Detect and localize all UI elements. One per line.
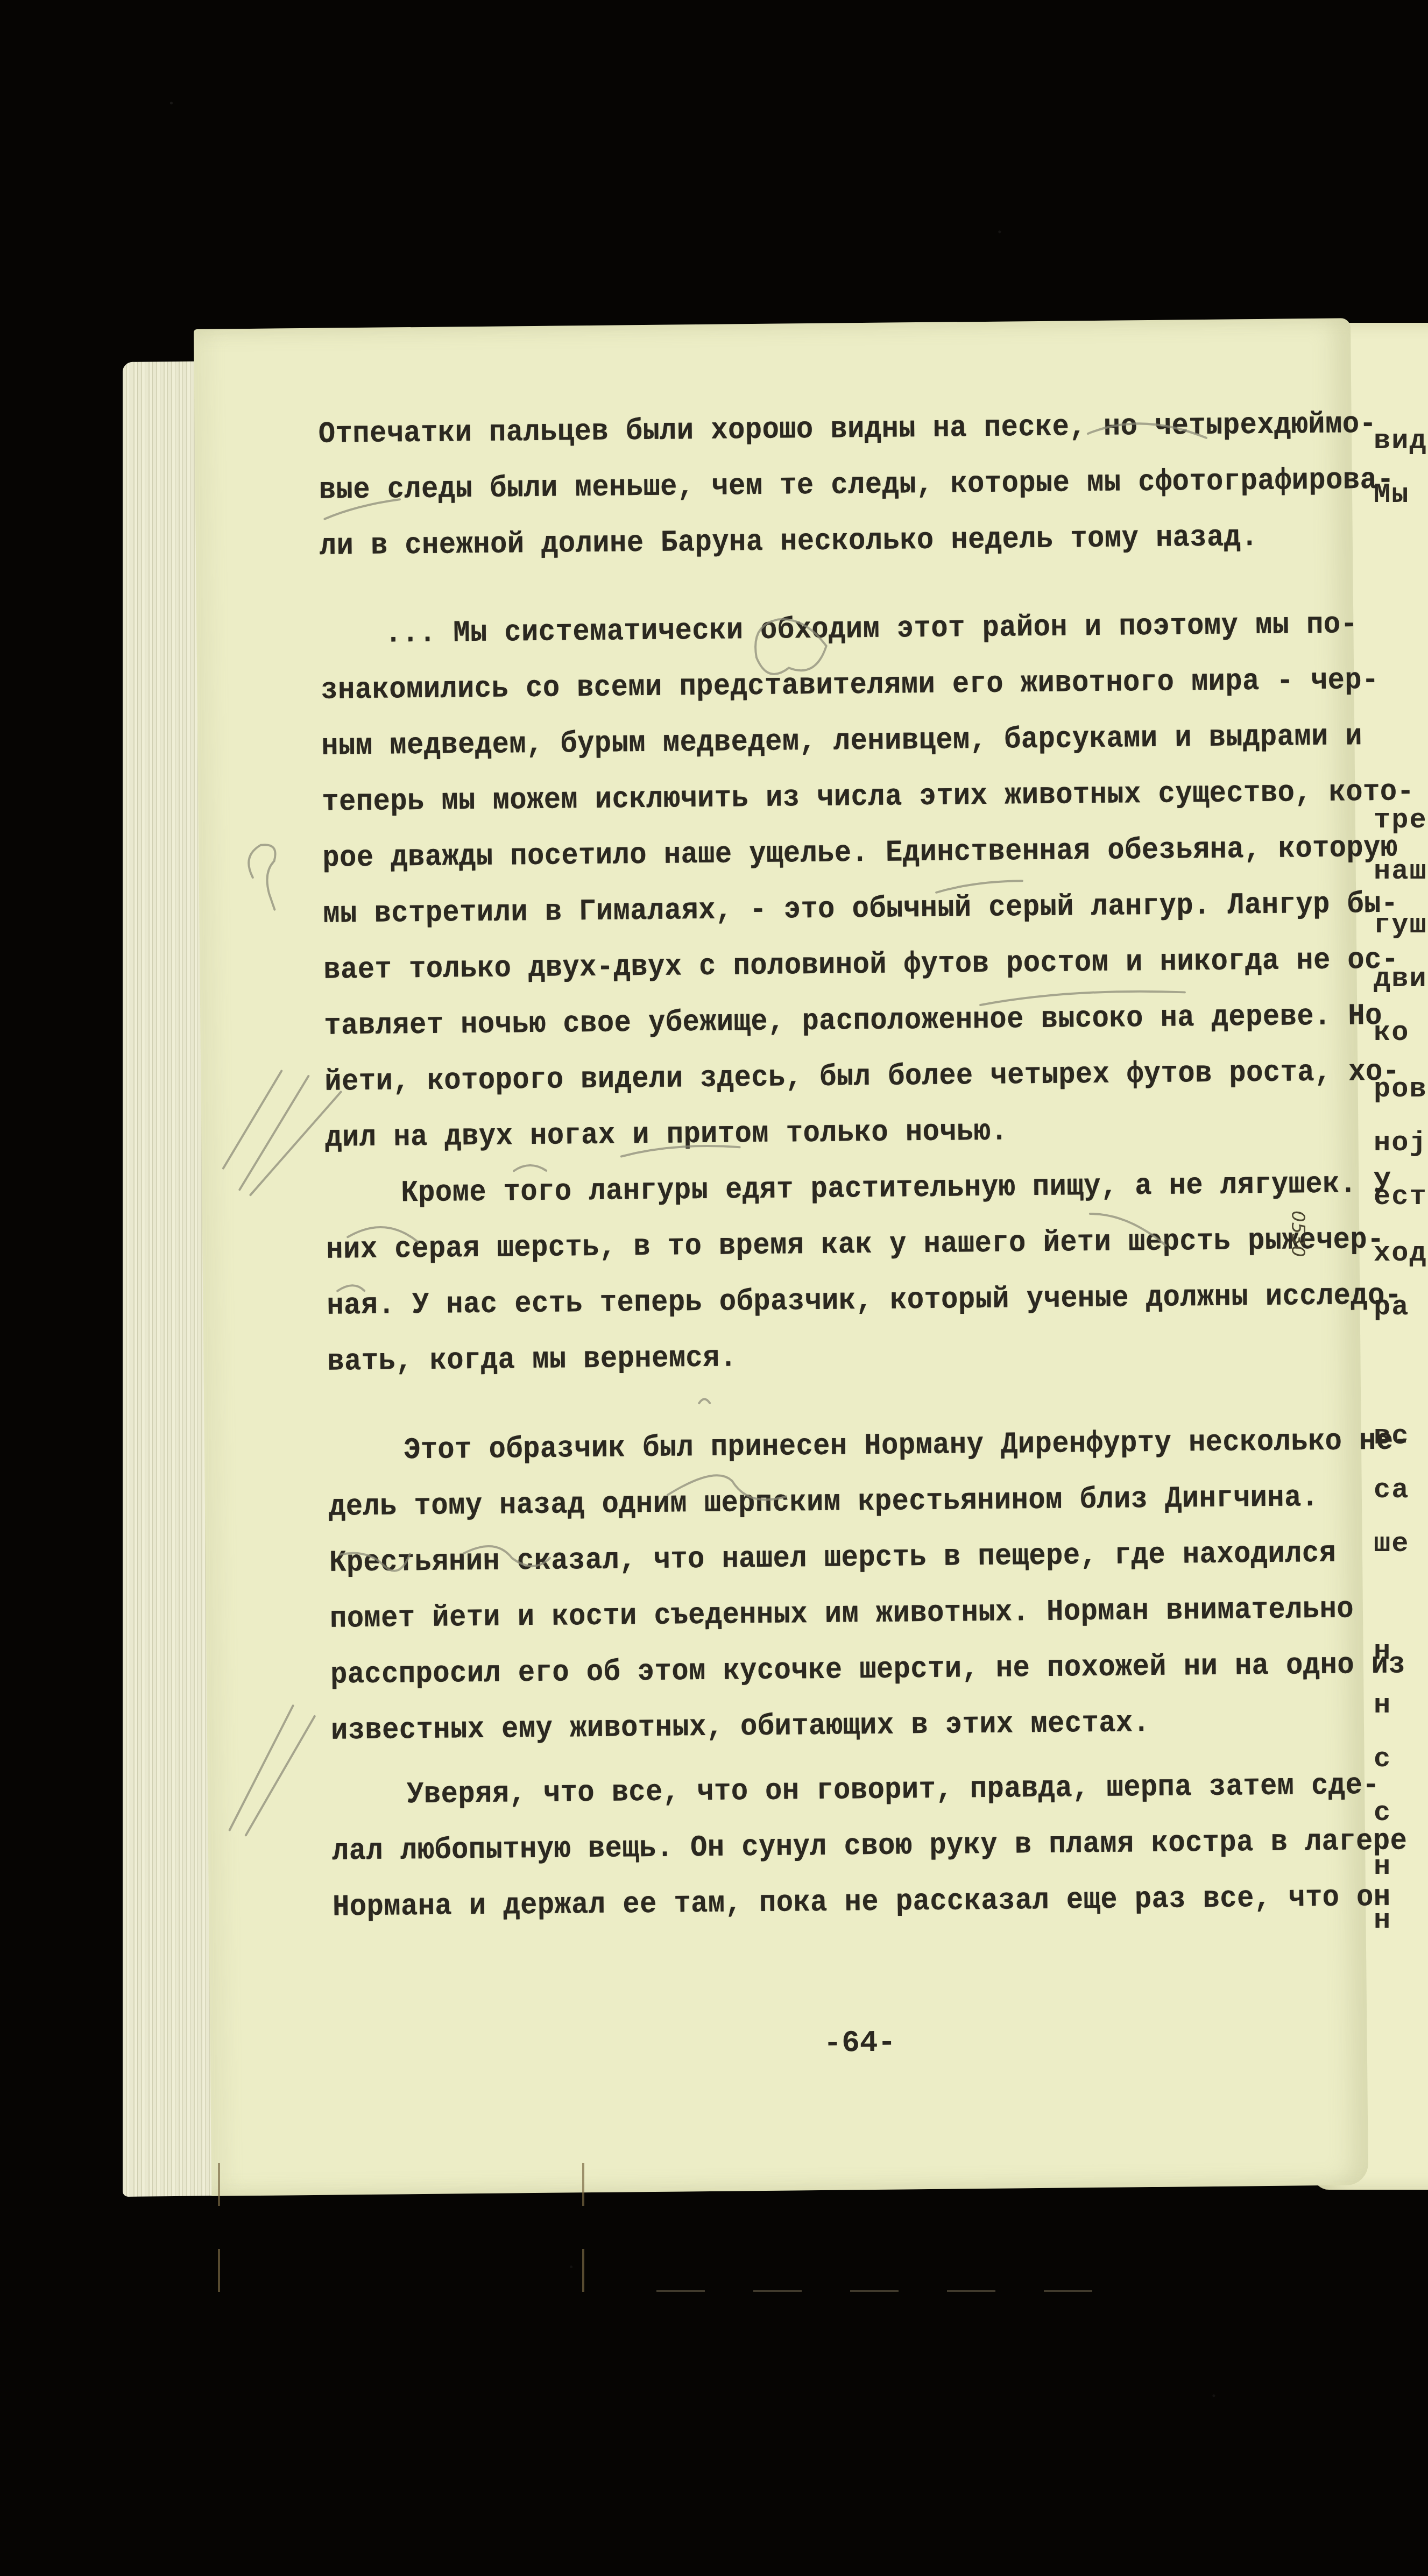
manuscript-page: Отпечатки пальцев были хорошо видны на п… xyxy=(194,318,1368,2196)
text-line: вает только двух-двух с половиной футов … xyxy=(323,943,1399,987)
text-line: вые следы были меньше, чем те следы, кот… xyxy=(319,463,1395,507)
archive-stamp: 0530 xyxy=(1287,1211,1309,1257)
scan-dash-mark xyxy=(947,2290,995,2292)
scan-dash-mark xyxy=(656,2290,705,2292)
scan-dash-mark xyxy=(753,2290,802,2292)
text-line: известных ему животных, обитающих в этих… xyxy=(331,1705,1150,1748)
text-line: дил на двух ногах и притом только ночью. xyxy=(325,1114,1008,1155)
text-line: ... Мы систематически обходим этот район… xyxy=(385,607,1358,650)
scan-tick-mark xyxy=(218,2163,220,2206)
text-line: Отпечатки пальцев были хорошо видны на п… xyxy=(319,407,1377,451)
next-page-fragment: ној xyxy=(1374,1127,1427,1159)
text-line: теперь мы можем исключить из числа этих … xyxy=(322,774,1414,819)
text-line: мы встретили в Гималаях, - это обычный с… xyxy=(323,887,1398,931)
scan-tick-mark xyxy=(582,2249,584,2292)
scan-dash-mark xyxy=(850,2290,899,2292)
text-line: них серая шерсть, в то время как у нашег… xyxy=(326,1222,1384,1267)
text-line: помет йети и кости съеденных им животных… xyxy=(330,1591,1354,1636)
page-body: Отпечатки пальцев были хорошо видны на п… xyxy=(319,407,1303,417)
scan-dash-mark xyxy=(1044,2290,1092,2292)
text-line: Крестьянин сказал, что нашел шерсть в пе… xyxy=(329,1536,1337,1580)
page-number: -64- xyxy=(823,2026,896,2061)
text-line: Нормана и держал ее там, пока не рассказ… xyxy=(333,1880,1391,1924)
text-line: ным медведем, бурым медведем, ленивцем, … xyxy=(321,719,1362,763)
text-line: йети, которого видели здесь, был более ч… xyxy=(324,1055,1400,1099)
text-line: ли в снежной долине Баруна несколько нед… xyxy=(320,520,1259,563)
next-page-fragment: виде xyxy=(1374,425,1428,457)
text-line: знакомились со всеми представителями его… xyxy=(321,663,1379,707)
next-page-fragment: ше xyxy=(1374,1528,1409,1560)
text-line: ная. У нас есть теперь образчик, который… xyxy=(327,1278,1402,1323)
next-page-fragment: н xyxy=(1374,1689,1391,1721)
next-page-fragment: са xyxy=(1374,1474,1409,1506)
text-line: вать, когда мы вернемся. xyxy=(327,1340,737,1378)
text-line: Кроме того лангуры едят растительную пищ… xyxy=(401,1166,1391,1211)
text-line: дель тому назад одним шерпским крестьяни… xyxy=(329,1480,1319,1524)
scan-tick-mark xyxy=(218,2249,220,2292)
text-line: рое дважды посетило наше ущелье. Единств… xyxy=(322,831,1398,875)
scan-tick-mark xyxy=(582,2163,584,2206)
text-line: Уверяя, что все, что он говорит, правда,… xyxy=(407,1768,1380,1811)
text-line: расспросил его об этом кусочке шерсти, н… xyxy=(330,1647,1406,1692)
text-line: Этот образчик был принесен Норману Дирен… xyxy=(404,1423,1411,1467)
text-line: тавляет ночью свое убежище, расположенно… xyxy=(324,999,1382,1043)
text-line: лал любопытную вещь. Он сунул свою руку … xyxy=(332,1823,1408,1868)
